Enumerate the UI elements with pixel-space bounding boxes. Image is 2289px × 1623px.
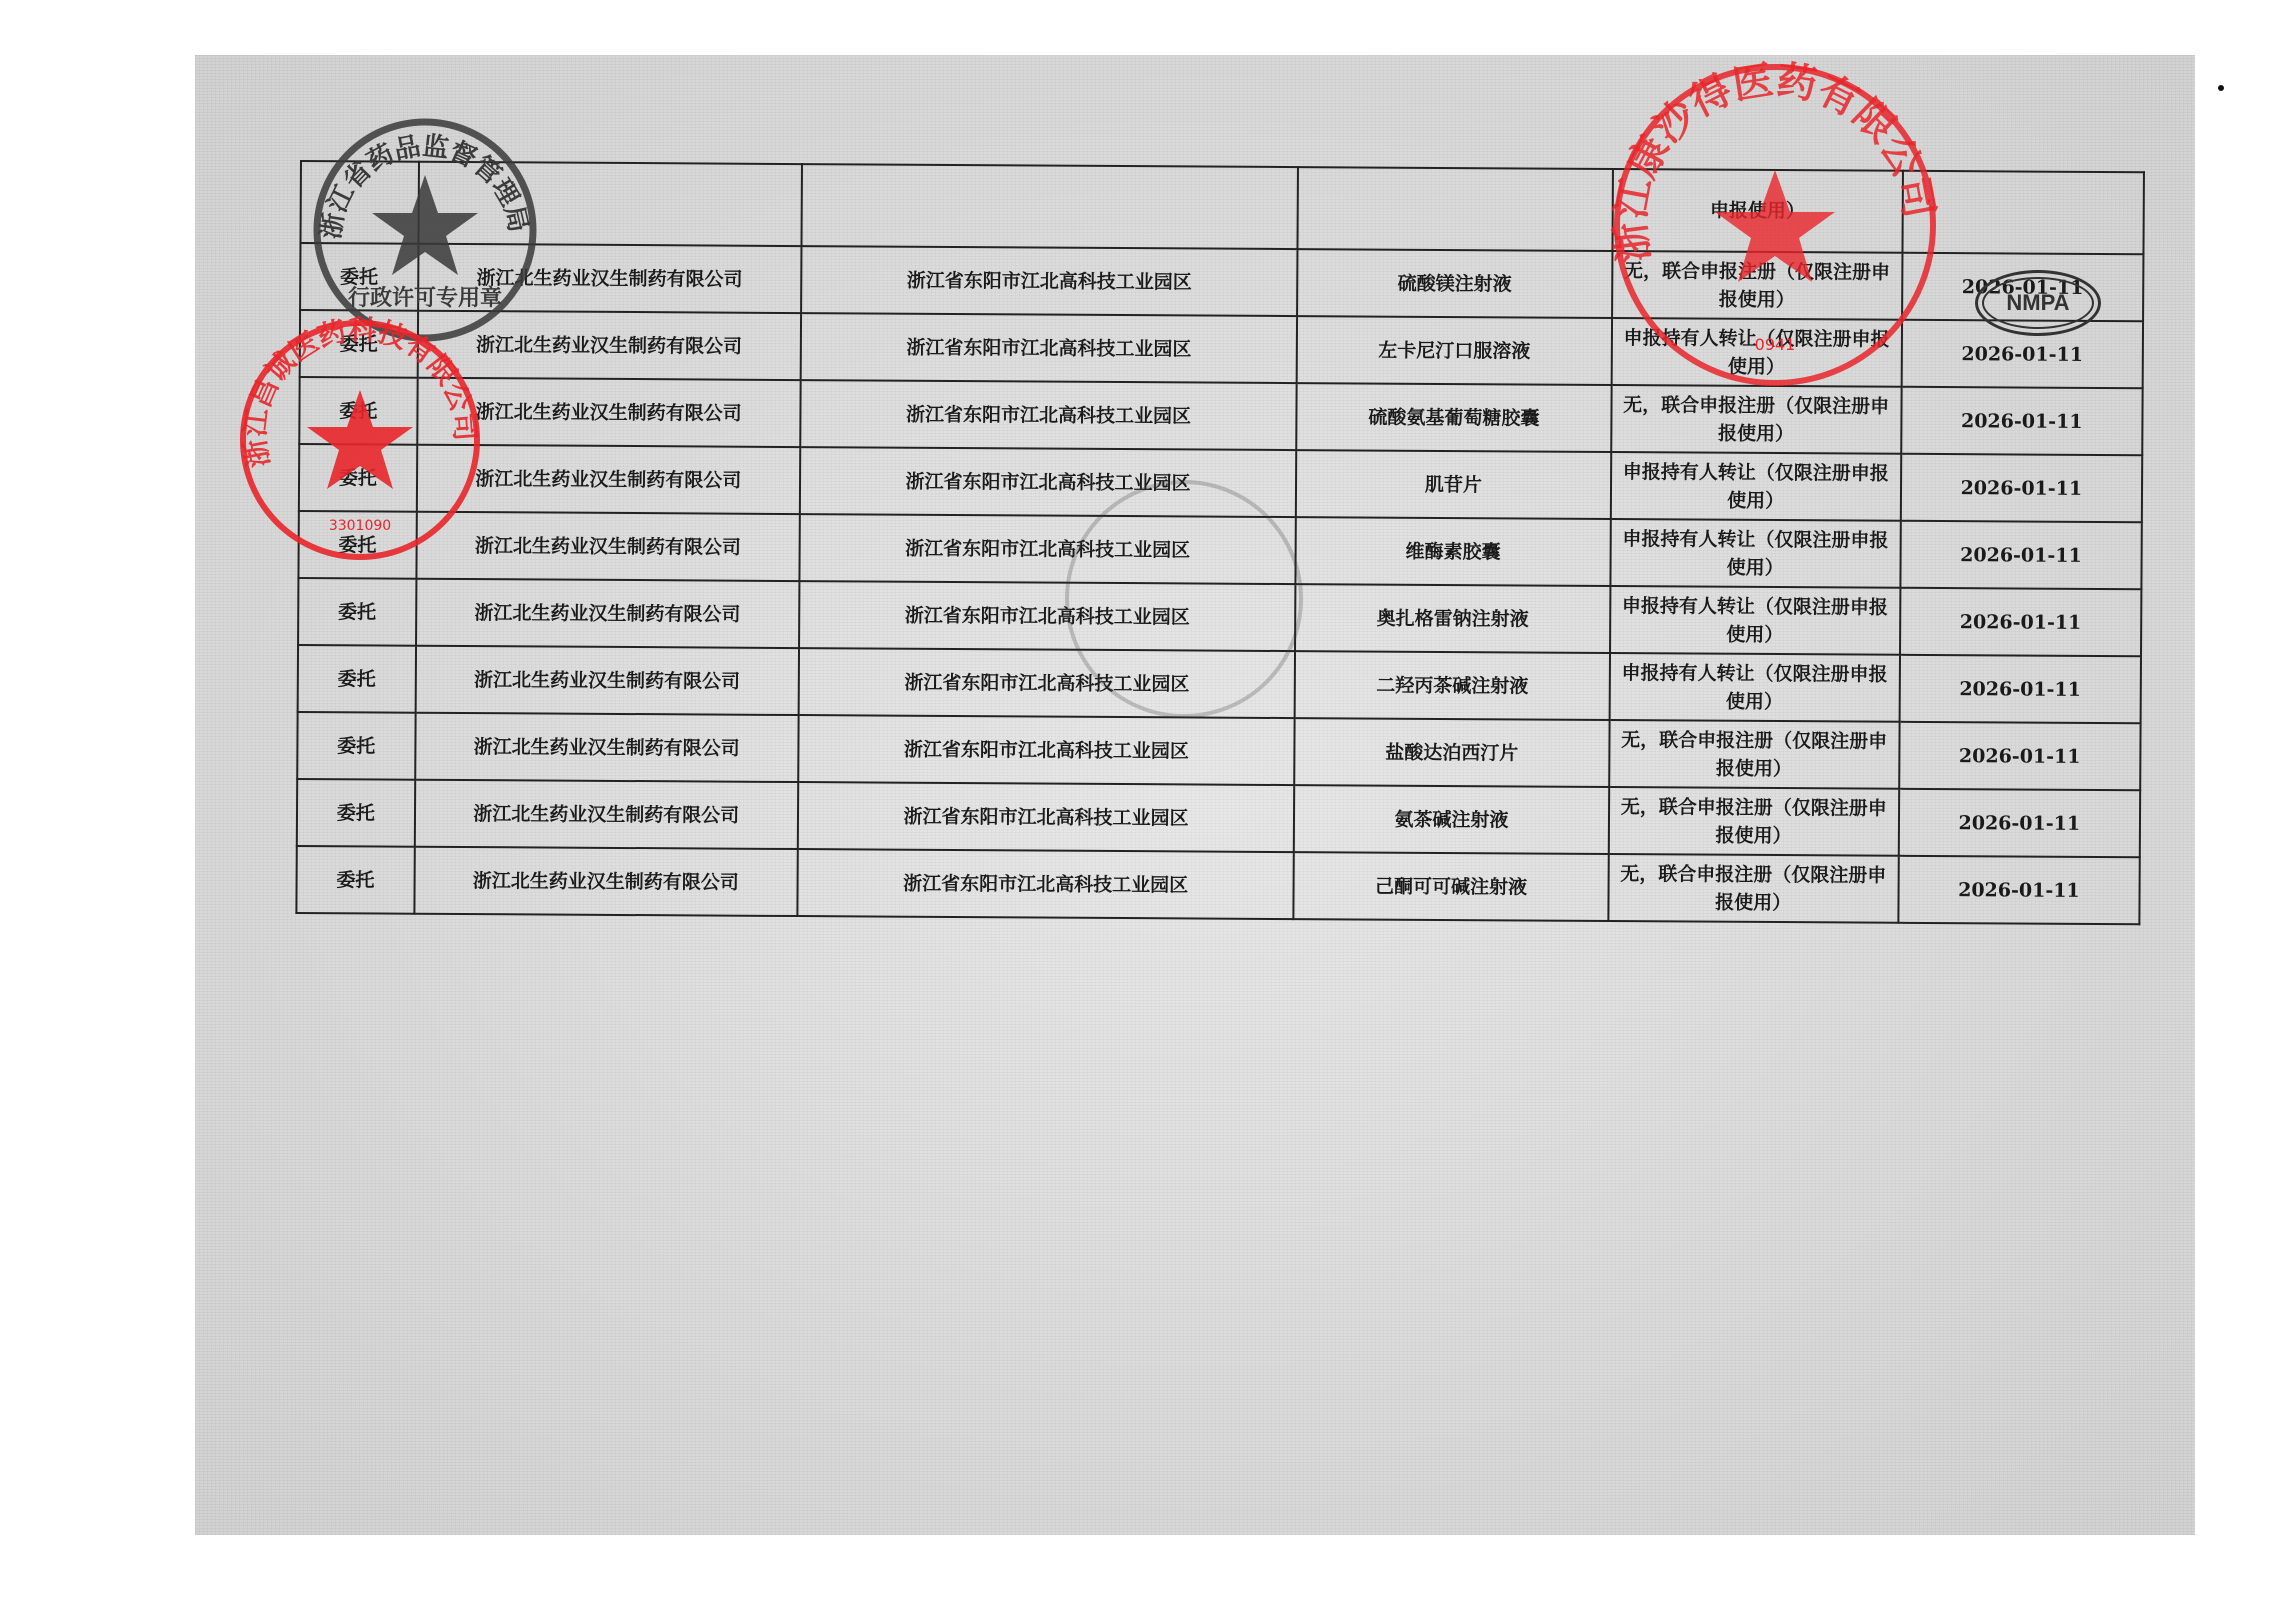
cell-date: 2026-01-11 (1898, 856, 2140, 924)
permit-table: 申报使用）委托浙江北生药业汉生制药有限公司浙江省东阳市江北高科技工业园区硫酸镁注… (295, 160, 2145, 925)
table-row: 委托浙江北生药业汉生制药有限公司浙江省东阳市江北高科技工业园区左卡尼汀口服溶液申… (300, 310, 2143, 388)
cell-note: 申报持有人转让（仅限注册申报使用） (1611, 318, 1901, 387)
cell-note: 无，联合申报注册（仅限注册申报使用） (1609, 720, 1899, 789)
cell-date: 2026-01-11 (1898, 789, 2140, 857)
nmpa-logo-text: NMPA (2006, 290, 2069, 316)
cell-address (801, 164, 1298, 249)
cell-date: 2026-01-11 (1900, 521, 2142, 589)
cell-address: 浙江省东阳市江北高科技工业园区 (799, 581, 1296, 651)
cell-type: 委托 (299, 444, 417, 512)
cell-company: 浙江北生药业汉生制药有限公司 (416, 579, 800, 648)
cell-address: 浙江省东阳市江北高科技工业园区 (797, 849, 1294, 919)
table-row: 委托浙江北生药业汉生制药有限公司浙江省东阳市江北高科技工业园区肌苷片申报持有人转… (299, 444, 2142, 522)
cell-date: 2026-01-11 (1901, 387, 2143, 455)
cell-type: 委托 (300, 310, 418, 378)
cell-type: 委托 (299, 377, 417, 445)
table-row: 委托浙江北生药业汉生制药有限公司浙江省东阳市江北高科技工业园区己酮可可碱注射液无… (296, 846, 2139, 924)
cell-address: 浙江省东阳市江北高科技工业园区 (798, 648, 1295, 718)
cell-product: 硫酸镁注射液 (1297, 249, 1612, 318)
cell-type: 委托 (298, 578, 416, 646)
nmpa-logo-stamp: NMPA (1975, 270, 2101, 336)
cell-note: 无，联合申报注册（仅限注册申报使用） (1608, 787, 1898, 856)
table-row-partial: 申报使用） (300, 161, 2143, 254)
cell-company: 浙江北生药业汉生制药有限公司 (417, 378, 801, 447)
cell-address: 浙江省东阳市江北高科技工业园区 (799, 514, 1296, 584)
cell-address: 浙江省东阳市江北高科技工业园区 (801, 313, 1298, 383)
cell-product: 维酶素胶囊 (1296, 517, 1611, 586)
table-row: 委托浙江北生药业汉生制药有限公司浙江省东阳市江北高科技工业园区硫酸镁注射液无，联… (300, 243, 2143, 321)
cell-type: 委托 (298, 511, 416, 579)
cell-address: 浙江省东阳市江北高科技工业园区 (798, 782, 1295, 852)
cell-product: 硫酸氨基葡萄糖胶囊 (1296, 383, 1611, 452)
cell-address: 浙江省东阳市江北高科技工业园区 (800, 380, 1297, 450)
cell-product: 氨茶碱注射液 (1294, 785, 1609, 854)
cell-type (300, 161, 418, 244)
cell-product: 己酮可可碱注射液 (1294, 852, 1609, 921)
cell-product: 盐酸达泊西汀片 (1294, 718, 1609, 787)
cell-note: 申报持有人转让（仅限注册申报使用） (1610, 452, 1900, 521)
cell-address: 浙江省东阳市江北高科技工业园区 (798, 715, 1295, 785)
cell-date: 2026-01-11 (1899, 722, 2141, 790)
cell-note: 申报持有人转让（仅限注册申报使用） (1610, 519, 1900, 588)
cell-product: 肌苷片 (1296, 450, 1611, 519)
cell-company: 浙江北生药业汉生制药有限公司 (417, 311, 801, 380)
cell-note: 无，联合申报注册（仅限注册申报使用） (1608, 854, 1898, 923)
cell-product: 二羟丙茶碱注射液 (1295, 651, 1610, 720)
cell-type: 委托 (300, 243, 418, 311)
cell-type: 委托 (296, 846, 414, 914)
cell-company: 浙江北生药业汉生制药有限公司 (418, 244, 802, 313)
cell-type: 委托 (298, 645, 416, 713)
cell-company: 浙江北生药业汉生制药有限公司 (414, 847, 798, 916)
scan-speck (2218, 85, 2224, 91)
cell-note: 申报使用） (1612, 169, 1903, 253)
cell-company: 浙江北生药业汉生制药有限公司 (415, 713, 799, 782)
cell-note: 无，联合申报注册（仅限注册申报使用） (1611, 385, 1901, 454)
cell-note: 无，联合申报注册（仅限注册申报使用） (1612, 251, 1902, 320)
cell-company: 浙江北生药业汉生制药有限公司 (415, 646, 799, 715)
cell-type: 委托 (297, 779, 415, 847)
cell-type: 委托 (297, 712, 415, 780)
cell-company: 浙江北生药业汉生制药有限公司 (414, 780, 798, 849)
cell-product: 奥扎格雷钠注射液 (1295, 584, 1610, 653)
table-row: 委托浙江北生药业汉生制药有限公司浙江省东阳市江北高科技工业园区氨茶碱注射液无，联… (297, 779, 2140, 857)
cell-company: 浙江北生药业汉生制药有限公司 (416, 512, 800, 581)
cell-address: 浙江省东阳市江北高科技工业园区 (801, 246, 1298, 316)
cell-address: 浙江省东阳市江北高科技工业园区 (800, 447, 1297, 517)
cell-date: 2026-01-11 (1901, 454, 2143, 522)
table-row: 委托浙江北生药业汉生制药有限公司浙江省东阳市江北高科技工业园区维酶素胶囊申报持有… (298, 511, 2141, 589)
cell-product: 左卡尼汀口服溶液 (1297, 316, 1612, 385)
table-row: 委托浙江北生药业汉生制药有限公司浙江省东阳市江北高科技工业园区奥扎格雷钠注射液申… (298, 578, 2141, 656)
cell-product (1298, 167, 1613, 251)
table-row: 委托浙江北生药业汉生制药有限公司浙江省东阳市江北高科技工业园区硫酸氨基葡萄糖胶囊… (299, 377, 2142, 455)
cell-date: 2026-01-11 (1899, 655, 2141, 723)
table-row: 委托浙江北生药业汉生制药有限公司浙江省东阳市江北高科技工业园区二羟丙茶碱注射液申… (298, 645, 2141, 723)
table-row: 委托浙江北生药业汉生制药有限公司浙江省东阳市江北高科技工业园区盐酸达泊西汀片无，… (297, 712, 2140, 790)
cell-note: 申报持有人转让（仅限注册申报使用） (1609, 653, 1899, 722)
cell-date: 2026-01-11 (1900, 588, 2142, 656)
cell-company (418, 162, 802, 246)
cell-company: 浙江北生药业汉生制药有限公司 (416, 445, 800, 514)
cell-note: 申报持有人转让（仅限注册申报使用） (1610, 586, 1900, 655)
cell-date (1902, 171, 2144, 254)
